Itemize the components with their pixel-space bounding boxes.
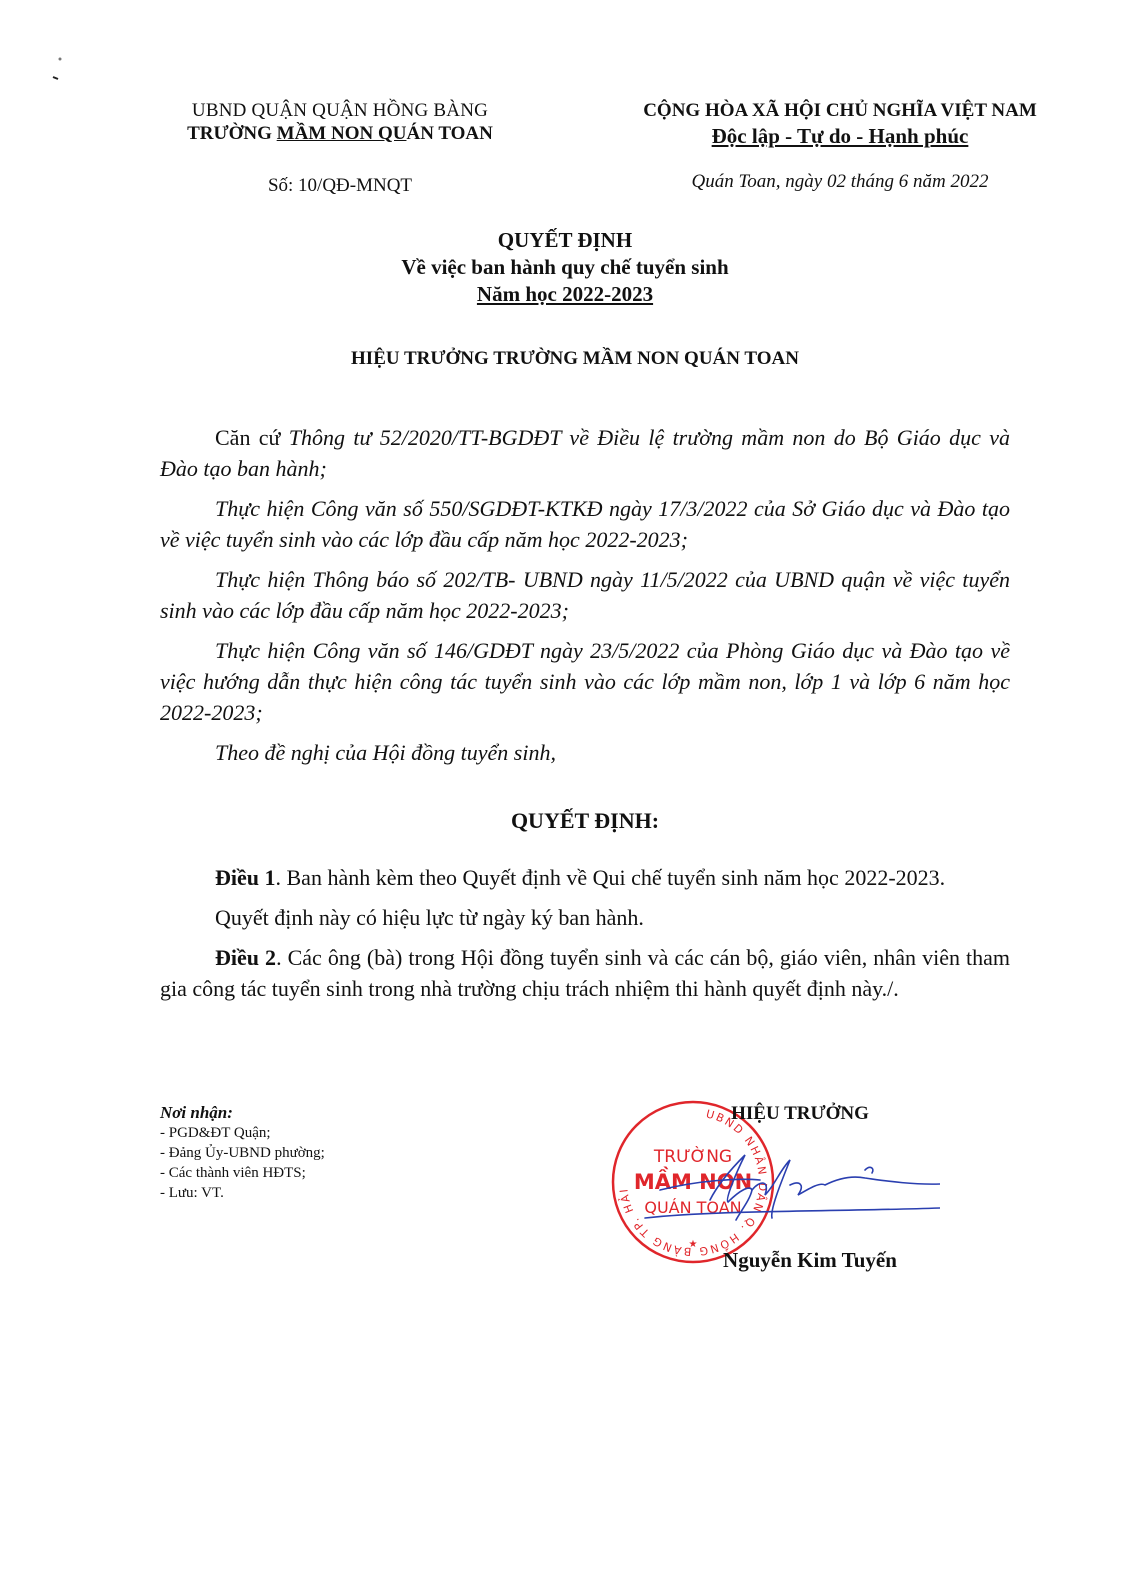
issuing-authority-block: UBND QUẬN QUẬN HỒNG BÀNG TRƯỜNG MẦM NON … [140, 100, 540, 197]
decision-heading: QUYẾT ĐỊNH: [0, 808, 1130, 834]
recipients-heading: Nơi nhận: [160, 1103, 460, 1123]
article-2: Điều 2. Các ông (bà) trong Hội đồng tuyể… [160, 942, 1010, 1004]
national-motto: Độc lập - Tự do - Hạnh phúc [590, 124, 1090, 149]
basis-item: Thực hiện Công văn số 146/GDĐT ngày 23/5… [160, 635, 1010, 728]
place-date: Quán Toan, ngày 02 tháng 6 năm 2022 [590, 171, 1090, 193]
recipient-item: - Các thành viên HĐTS; [160, 1163, 460, 1183]
authority-heading: HIỆU TRƯỞNG TRƯỜNG MẦM NON QUÁN TOAN [0, 348, 1130, 370]
articles: Điều 1. Ban hành kèm theo Quyết định về … [160, 862, 1010, 1013]
recipient-item: - Đảng Ủy-UBND phường; [160, 1143, 460, 1163]
document-subject: Về việc ban hành quy chế tuyển sinh [0, 255, 1130, 280]
recipient-item: - Lưu: VT. [160, 1183, 460, 1203]
article-1: Điều 1. Ban hành kèm theo Quyết định về … [160, 862, 1010, 893]
article-1-effect: Quyết định này có hiệu lực từ ngày ký ba… [160, 902, 1010, 933]
scan-artifact [50, 55, 70, 85]
school-year: Năm học 2022-2023 [0, 282, 1130, 307]
handwritten-signature [640, 1140, 940, 1240]
recipient-item: - PGD&ĐT Quận; [160, 1123, 460, 1143]
legal-basis: Căn cứ Thông tư 52/2020/TT-BGDĐT về Điều… [160, 422, 1010, 777]
republic-name: CỘNG HÒA XÃ HỘI CHỦ NGHĨA VIỆT NAM [590, 100, 1090, 122]
basis-item: Thực hiện Công văn số 550/SGDĐT-KTKĐ ngà… [160, 493, 1010, 555]
document-title: QUYẾT ĐỊNH [0, 228, 1130, 253]
basis-item: Theo đề nghị của Hội đồng tuyển sinh, [160, 737, 1010, 768]
agency-name: UBND QUẬN QUẬN HỒNG BÀNG [140, 100, 540, 122]
basis-item: Thực hiện Thông báo số 202/TB- UBND ngày… [160, 564, 1010, 626]
document-title-block: QUYẾT ĐỊNH Về việc ban hành quy chế tuyể… [0, 228, 1130, 307]
national-header-block: CỘNG HÒA XÃ HỘI CHỦ NGHĨA VIỆT NAM Độc l… [590, 100, 1090, 193]
document-number: Số: 10/QĐ-MNQT [140, 175, 540, 197]
basis-item: Căn cứ Thông tư 52/2020/TT-BGDĐT về Điều… [160, 422, 1010, 484]
recipients: Nơi nhận: - PGD&ĐT Quận; - Đảng Ủy-UBND … [160, 1103, 460, 1203]
school-name: TRƯỜNG MẦM NON QUÁN TOAN [140, 123, 540, 145]
signatory-title: HIỆU TRƯỞNG [700, 1103, 900, 1125]
signatory-name: Nguyễn Kim Tuyến [680, 1248, 940, 1273]
